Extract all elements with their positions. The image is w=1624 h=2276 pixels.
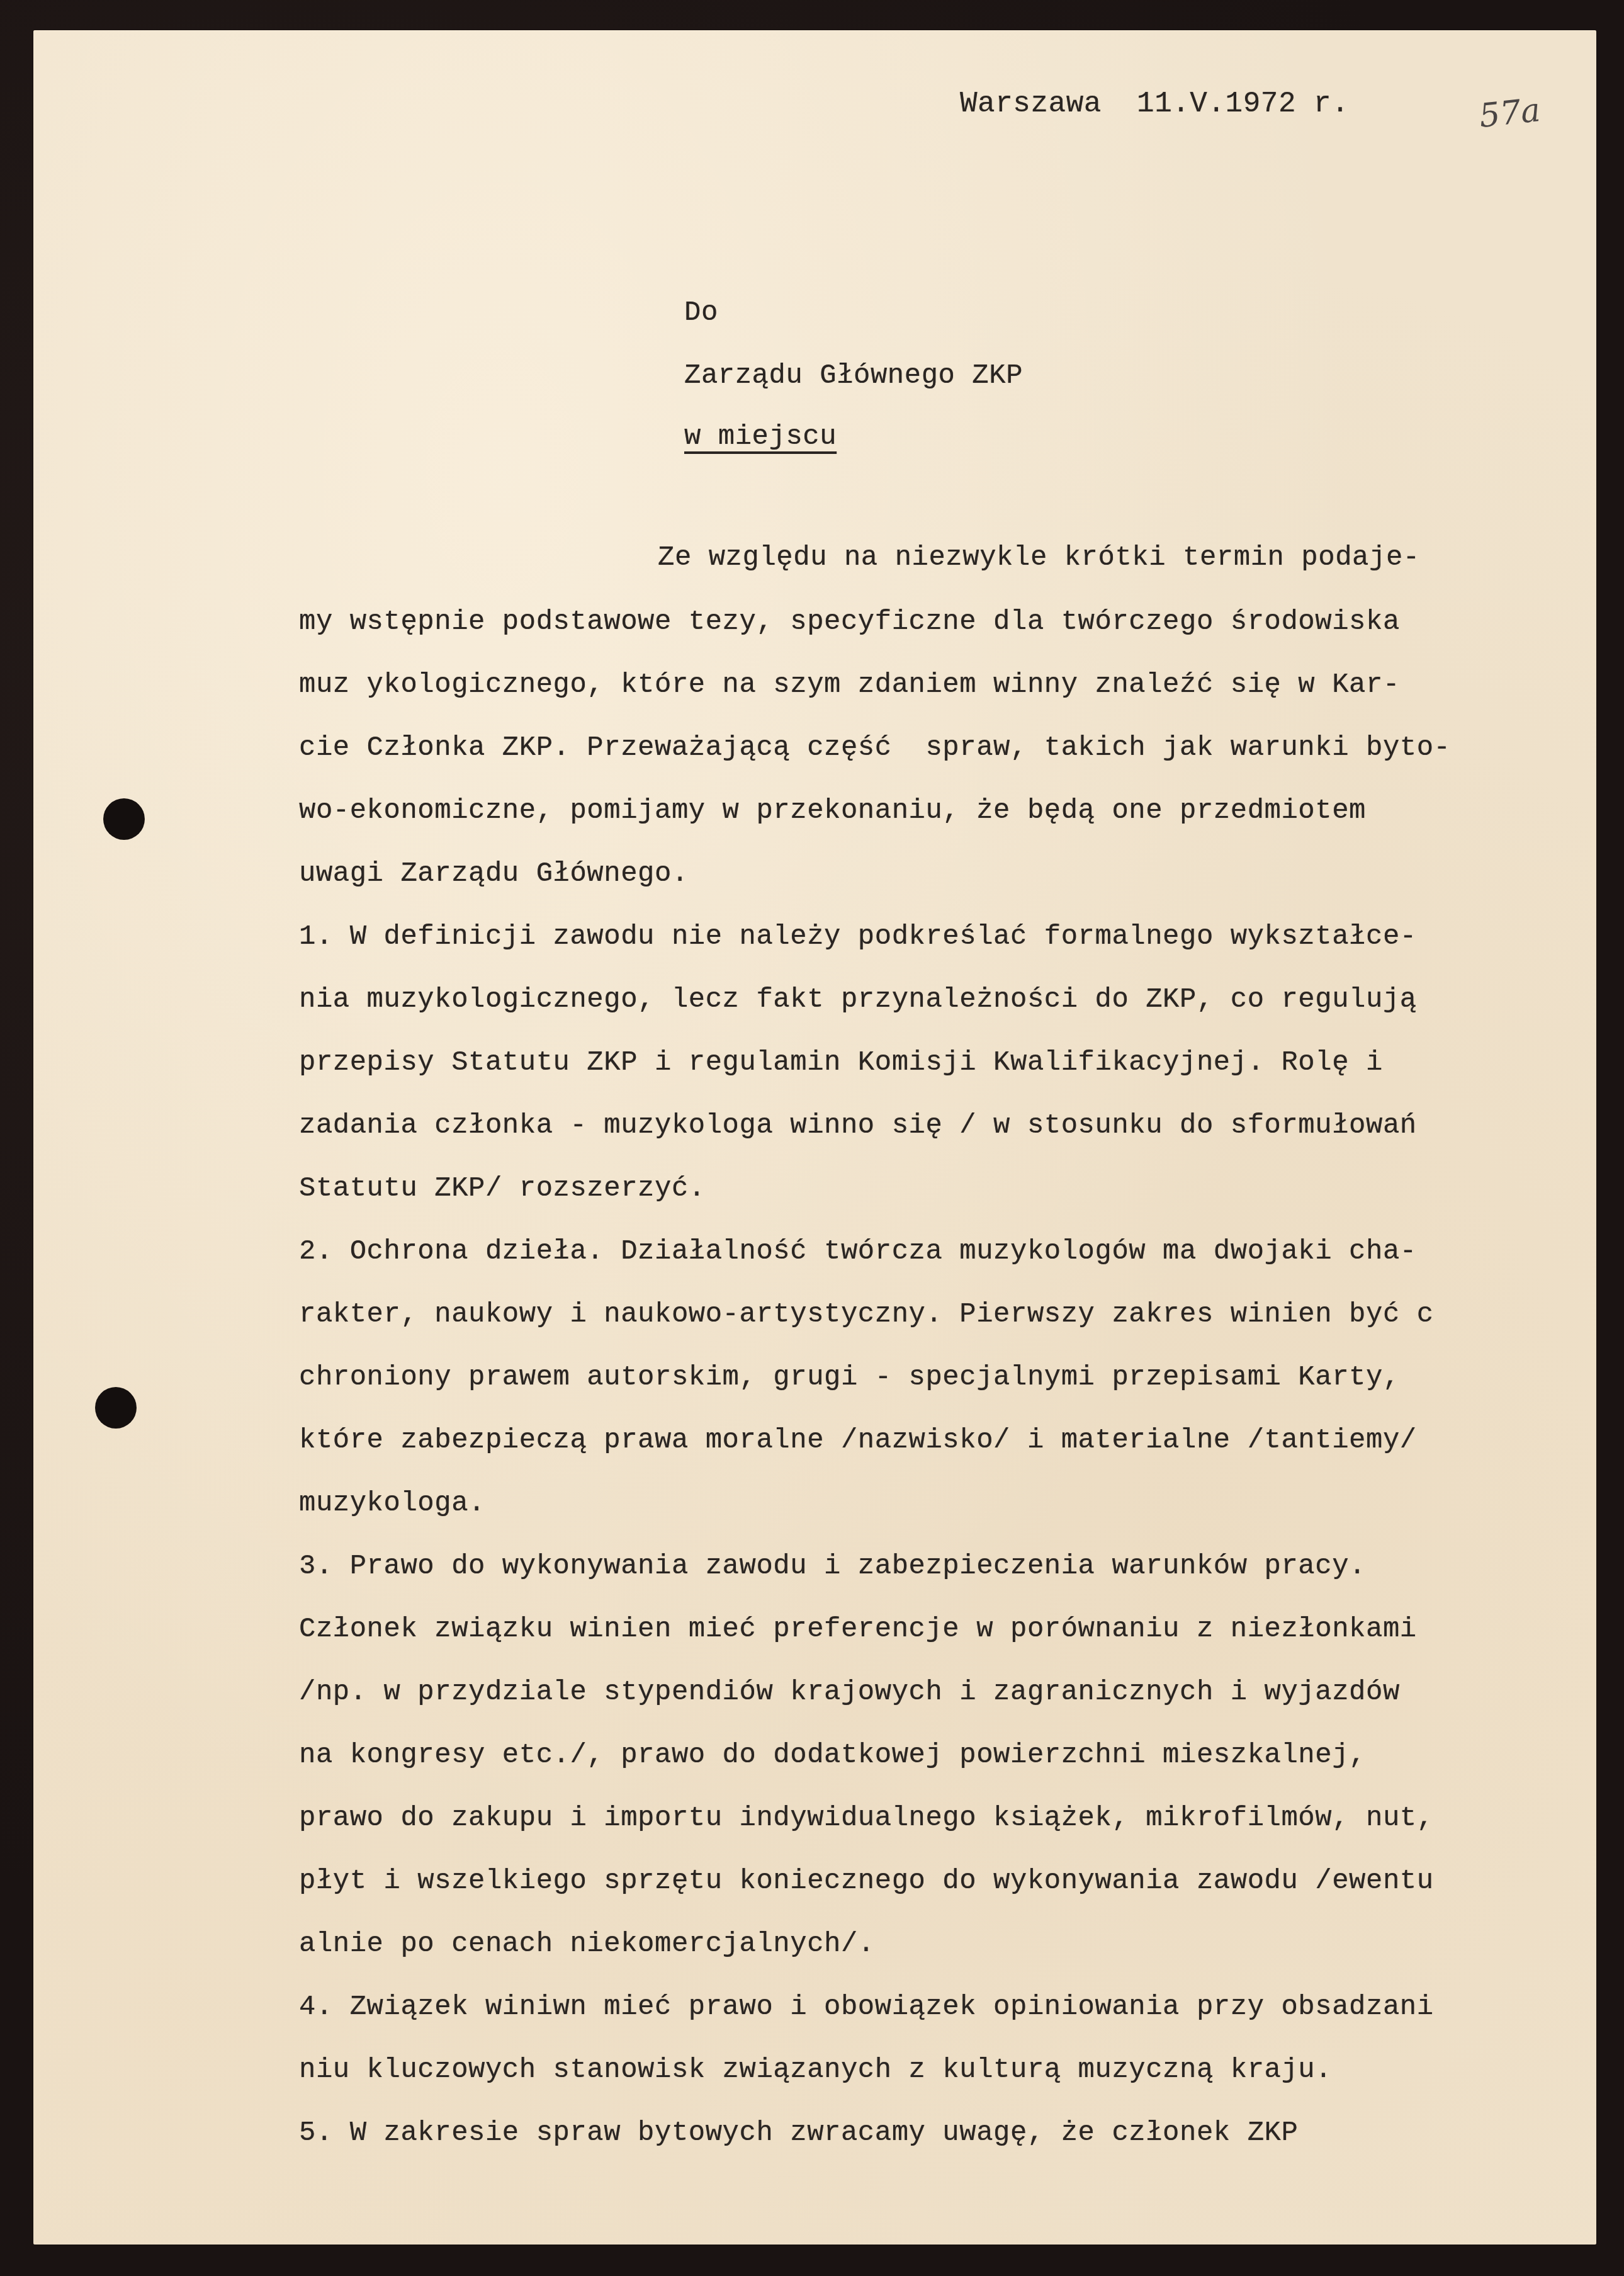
body-line: muz ykologicznego, które na szym zdaniem…	[299, 671, 1400, 699]
body-line: 2. Ochrona dzieła. Działalność twórcza m…	[299, 1238, 1417, 1265]
body-line: rakter, naukowy i naukowo-artystyczny. P…	[299, 1301, 1434, 1328]
body-line: alnie po cenach niekomercjalnych/.	[299, 1930, 875, 1958]
body-line: niu kluczowych stanowisk związanych z ku…	[299, 2056, 1332, 2084]
body-line: nia muzykologicznego, lecz fakt przynale…	[299, 986, 1417, 1014]
body-line: Ze względu na niezwykle krótki termin po…	[658, 544, 1420, 572]
body-line: cie Członka ZKP. Przeważającą część spra…	[299, 734, 1451, 762]
body-line: zadania członka - muzykologa winno się /…	[299, 1112, 1417, 1140]
addressee-line-1: Do	[684, 299, 718, 327]
punch-hole-lower	[95, 1387, 137, 1429]
body-line: na kongresy etc./, prawo do dodatkowej p…	[299, 1741, 1366, 1769]
body-line: płyt i wszelkiego sprzętu koniecznego do…	[299, 1867, 1434, 1895]
body-line: uwagi Zarządu Głównego.	[299, 860, 689, 888]
body-line: które zabezpieczą prawa moralne /nazwisk…	[299, 1427, 1417, 1454]
body-line: Członek związku winien mieć preferencje …	[299, 1616, 1417, 1643]
punch-hole-upper	[103, 798, 145, 840]
body-line: /np. w przydziale stypendiów krajowych i…	[299, 1679, 1400, 1706]
body-line: 1. W definicji zawodu nie należy podkreś…	[299, 923, 1417, 951]
handwritten-folio-number: 57a	[1477, 91, 1542, 135]
body-line: 5. W zakresie spraw bytowych zwracamy uw…	[299, 2119, 1298, 2147]
body-line: Statutu ZKP/ rozszerzyć.	[299, 1175, 706, 1203]
addressee-line-2: Zarządu Głównego ZKP	[684, 362, 1023, 390]
body-line: wo-ekonomiczne, pomijamy w przekonaniu, …	[299, 797, 1366, 825]
body-line: muzykologa.	[299, 1490, 485, 1517]
addressee-line-3: w miejscu	[684, 423, 837, 451]
place-and-date: Warszawa 11.V.1972 r.	[960, 89, 1349, 118]
body-line: prawo do zakupu i importu indywidualnego…	[299, 1804, 1434, 1832]
body-line: chroniony prawem autorskim, grugi - spec…	[299, 1364, 1400, 1391]
body-line: przepisy Statutu ZKP i regulamin Komisji…	[299, 1049, 1383, 1077]
body-line: 3. Prawo do wykonywania zawodu i zabezpi…	[299, 1553, 1366, 1580]
body-line: my wstępnie podstawowe tezy, specyficzne…	[299, 608, 1400, 636]
body-line: 4. Związek winiwn mieć prawo i obowiązek…	[299, 1993, 1434, 2021]
